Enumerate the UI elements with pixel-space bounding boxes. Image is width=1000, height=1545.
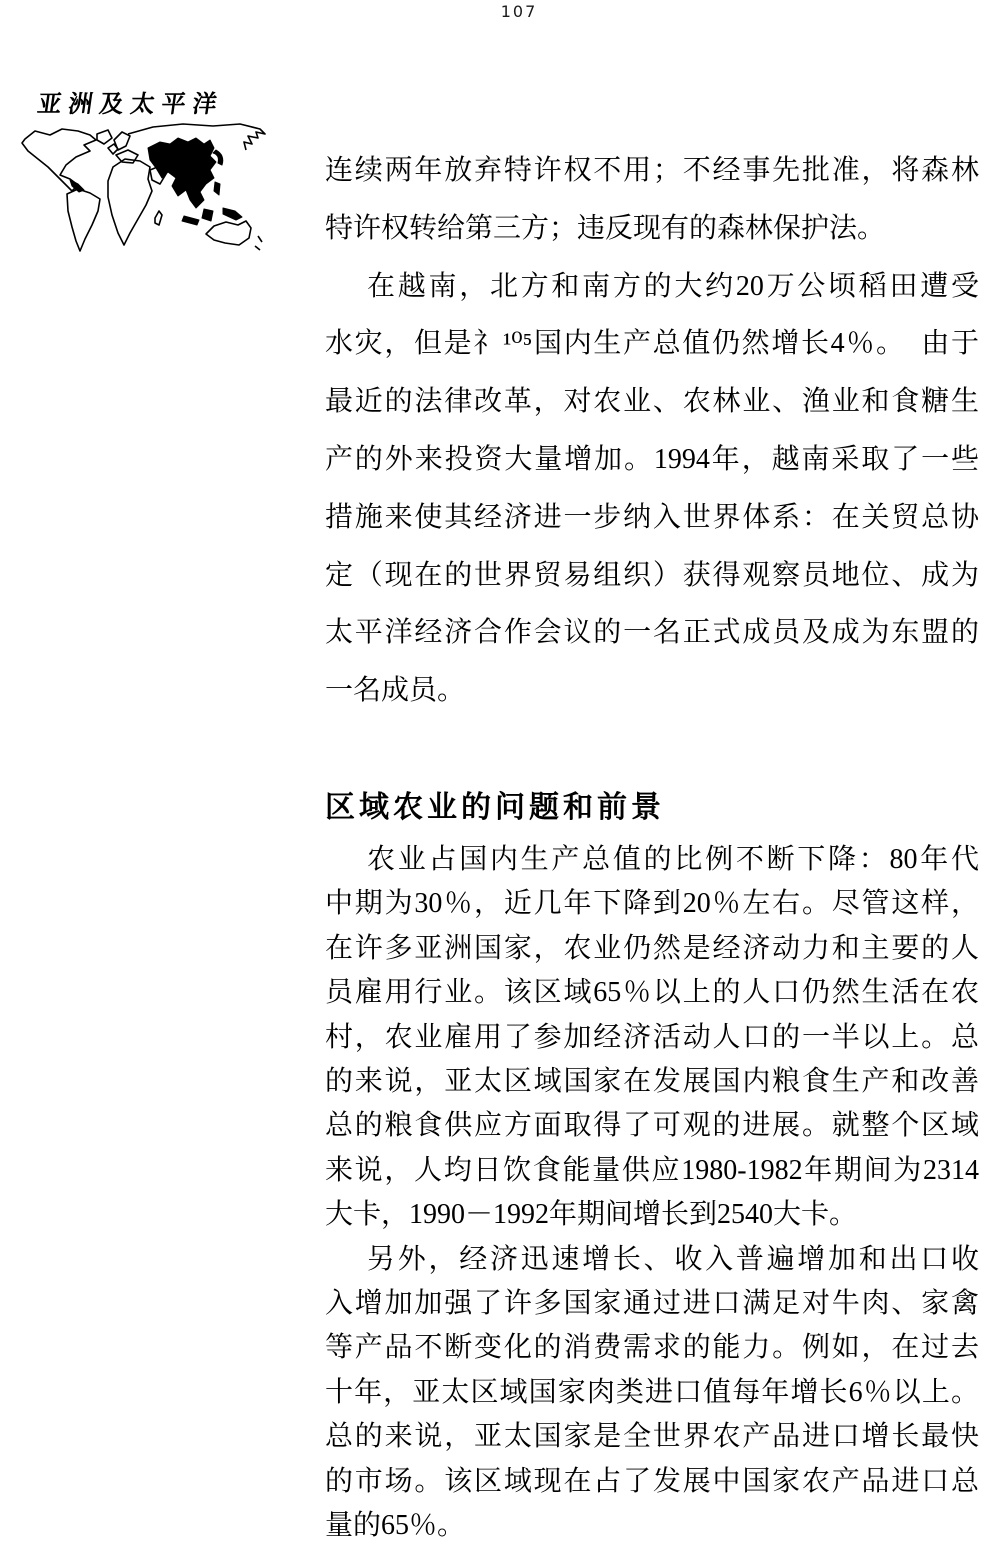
text-line: 产的外来投资大量增加。1994年，越南采取了一些 [325,431,979,489]
text-line: 中期为30％，近几年下降到20％左右。尽管这样， [325,882,979,926]
scanned-page: 107 亚洲及太平洋 [0,0,1000,1545]
map-africa [108,159,152,245]
paragraph: 连续两年放弃特许权不用；不经事先批准，将森林特许权转给第三方；违反现有的森林保护… [325,142,979,258]
text-line: 量的65％。 [325,1504,979,1545]
map-south-america [67,189,100,251]
map-sumatra-java [182,216,199,225]
text-line: 措施来使其经济进一步纳入世界体系：在关贸总协 [325,489,979,547]
text-line: 入增加加强了许多国家通过进口满足对牛肉、家禽 [325,1282,979,1326]
text-line: 农业占国内生产总值的比例不断下降：80年代 [325,838,979,882]
map-madagascar [155,211,162,225]
text-line: 连续两年放弃特许权不用；不经事先批准，将森林 [325,142,979,200]
map-north-america [22,129,96,191]
text-line: 太平洋经济合作会议的一名正式成员及成为东盟的 [325,604,979,662]
paragraph: 另外，经济迅速增长、收入普遍增加和出口收入增加加强了许多国家通过进口满足对牛肉、… [325,1238,979,1545]
map-new-zealand [255,236,262,250]
paragraph: 在越南，北方和南方的大约20万公顷稻田遭受水灾，但是礻¹⁰⁵国内生产总值仍然增长… [325,258,979,720]
text-line: 特许权转给第三方；违反现有的森林保护法。 [325,200,979,258]
text-line: 大卡，1990－1992年期间增长到2540大卡。 [325,1193,979,1237]
text-line: 一名成员。 [325,662,979,720]
text-line: 村，农业雇用了参加经济活动人口的一半以上。总 [325,1016,979,1060]
body-text-top: 连续两年放弃特许权不用；不经事先批准，将森林特许权转给第三方；违反现有的森林保护… [325,142,979,720]
text-line: 的市场。该区域现在占了发展中国家农产品进口总 [325,1460,979,1504]
text-line: 总的粮食供应方面取得了可观的进展。就整个区域 [325,1104,979,1148]
paragraph: 农业占国内生产总值的比例不断下降：80年代中期为30％，近几年下降到20％左右。… [325,838,979,1238]
text-line: 在越南，北方和南方的大约20万公顷稻田遭受 [325,258,979,316]
map-borneo [202,209,213,221]
text-line: 十年，亚太区域国家肉类进口值每年增长6％以上。 [325,1371,979,1415]
text-line: 总的来说，亚太国家是全世界农产品进口增长最快 [325,1415,979,1459]
document-page: { "page_number": "107", "map": { "label"… [0,0,1000,1545]
section-heading: 区域农业的问题和前景 [325,789,665,827]
text-line: 在许多亚洲国家，农业仍然是经济动力和主要的人 [325,927,979,971]
text-line: 水灾，但是礻¹⁰⁵国内生产总值仍然增长4％。 由于 [325,315,979,373]
page-number: 107 [0,2,1000,21]
map-philippines [214,182,220,195]
text-line: 的来说，亚太区域国家在发展国内粮食生产和改善 [325,1060,979,1104]
text-line: 定（现在的世界贸易组织）获得观察员地位、成为 [325,547,979,605]
text-line: 最近的法律改革，对农业、农林业、渔业和食糖生 [325,373,979,431]
text-line: 等产品不断变化的消费需求的能力。例如，在过去 [325,1326,979,1370]
world-map-asia-pacific-icon [18,122,282,254]
region-label: 亚洲及太平洋 [16,84,289,119]
text-line: 员雇用行业。该区域65％以上的人口仍然生活在农 [325,971,979,1015]
map-australia [206,221,251,245]
map-greenland [97,130,112,144]
body-text-bottom: 农业占国内生产总值的比例不断下降：80年代中期为30％，近几年下降到20％左右。… [325,838,979,1545]
text-line: 另外，经济迅速增长、收入普遍增加和出口收 [325,1238,979,1282]
map-asia-filled [148,138,216,208]
map-new-guinea [223,208,242,220]
region-graphic-block: 亚洲及太平洋 [18,84,286,254]
text-line: 来说，人均日饮食能量供应1980-1982年期间为2314 [325,1149,979,1193]
